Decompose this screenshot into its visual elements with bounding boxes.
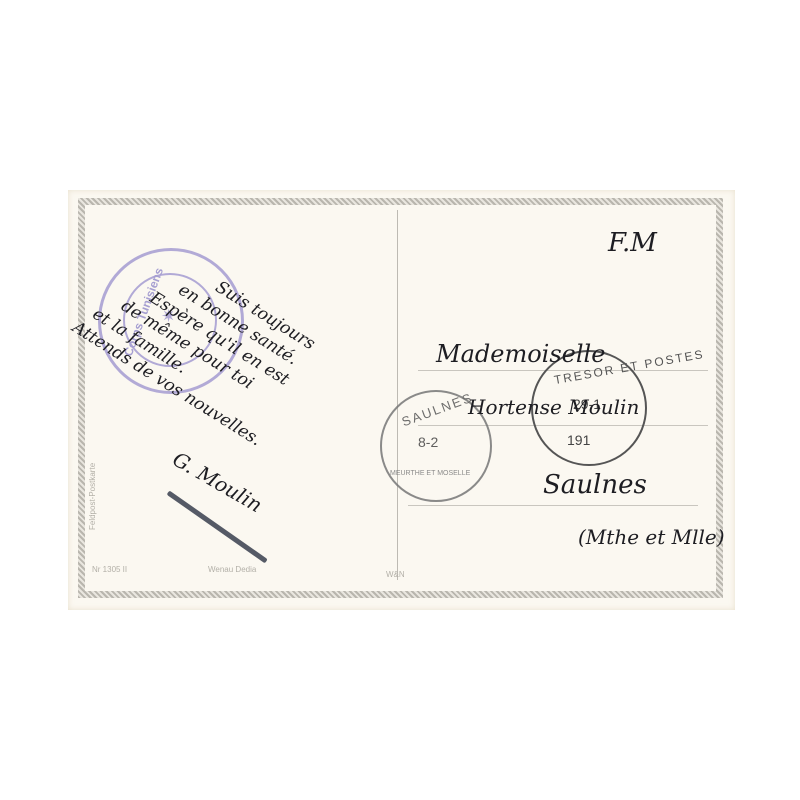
printed-vertical-caption: Feldpost-Postkarte	[88, 463, 97, 530]
center-divider	[397, 210, 398, 580]
franchise-mark: F.M	[608, 228, 657, 258]
publisher-mark: W&N	[386, 570, 405, 579]
address-town: Saulnes	[543, 470, 647, 500]
printed-publisher: Wenau Dedia	[208, 565, 256, 574]
address-region: (Mthe et Mlle)	[578, 525, 725, 549]
printed-code: Nr 1305 II	[92, 565, 127, 574]
address-line	[408, 505, 698, 506]
address-salutation: Mademoiselle	[436, 340, 605, 368]
postcard-back: Feldpost-Postkarte Nr 1305 II Wenau Dedi…	[68, 190, 735, 610]
address-name: Hortense Moulin	[468, 395, 639, 419]
